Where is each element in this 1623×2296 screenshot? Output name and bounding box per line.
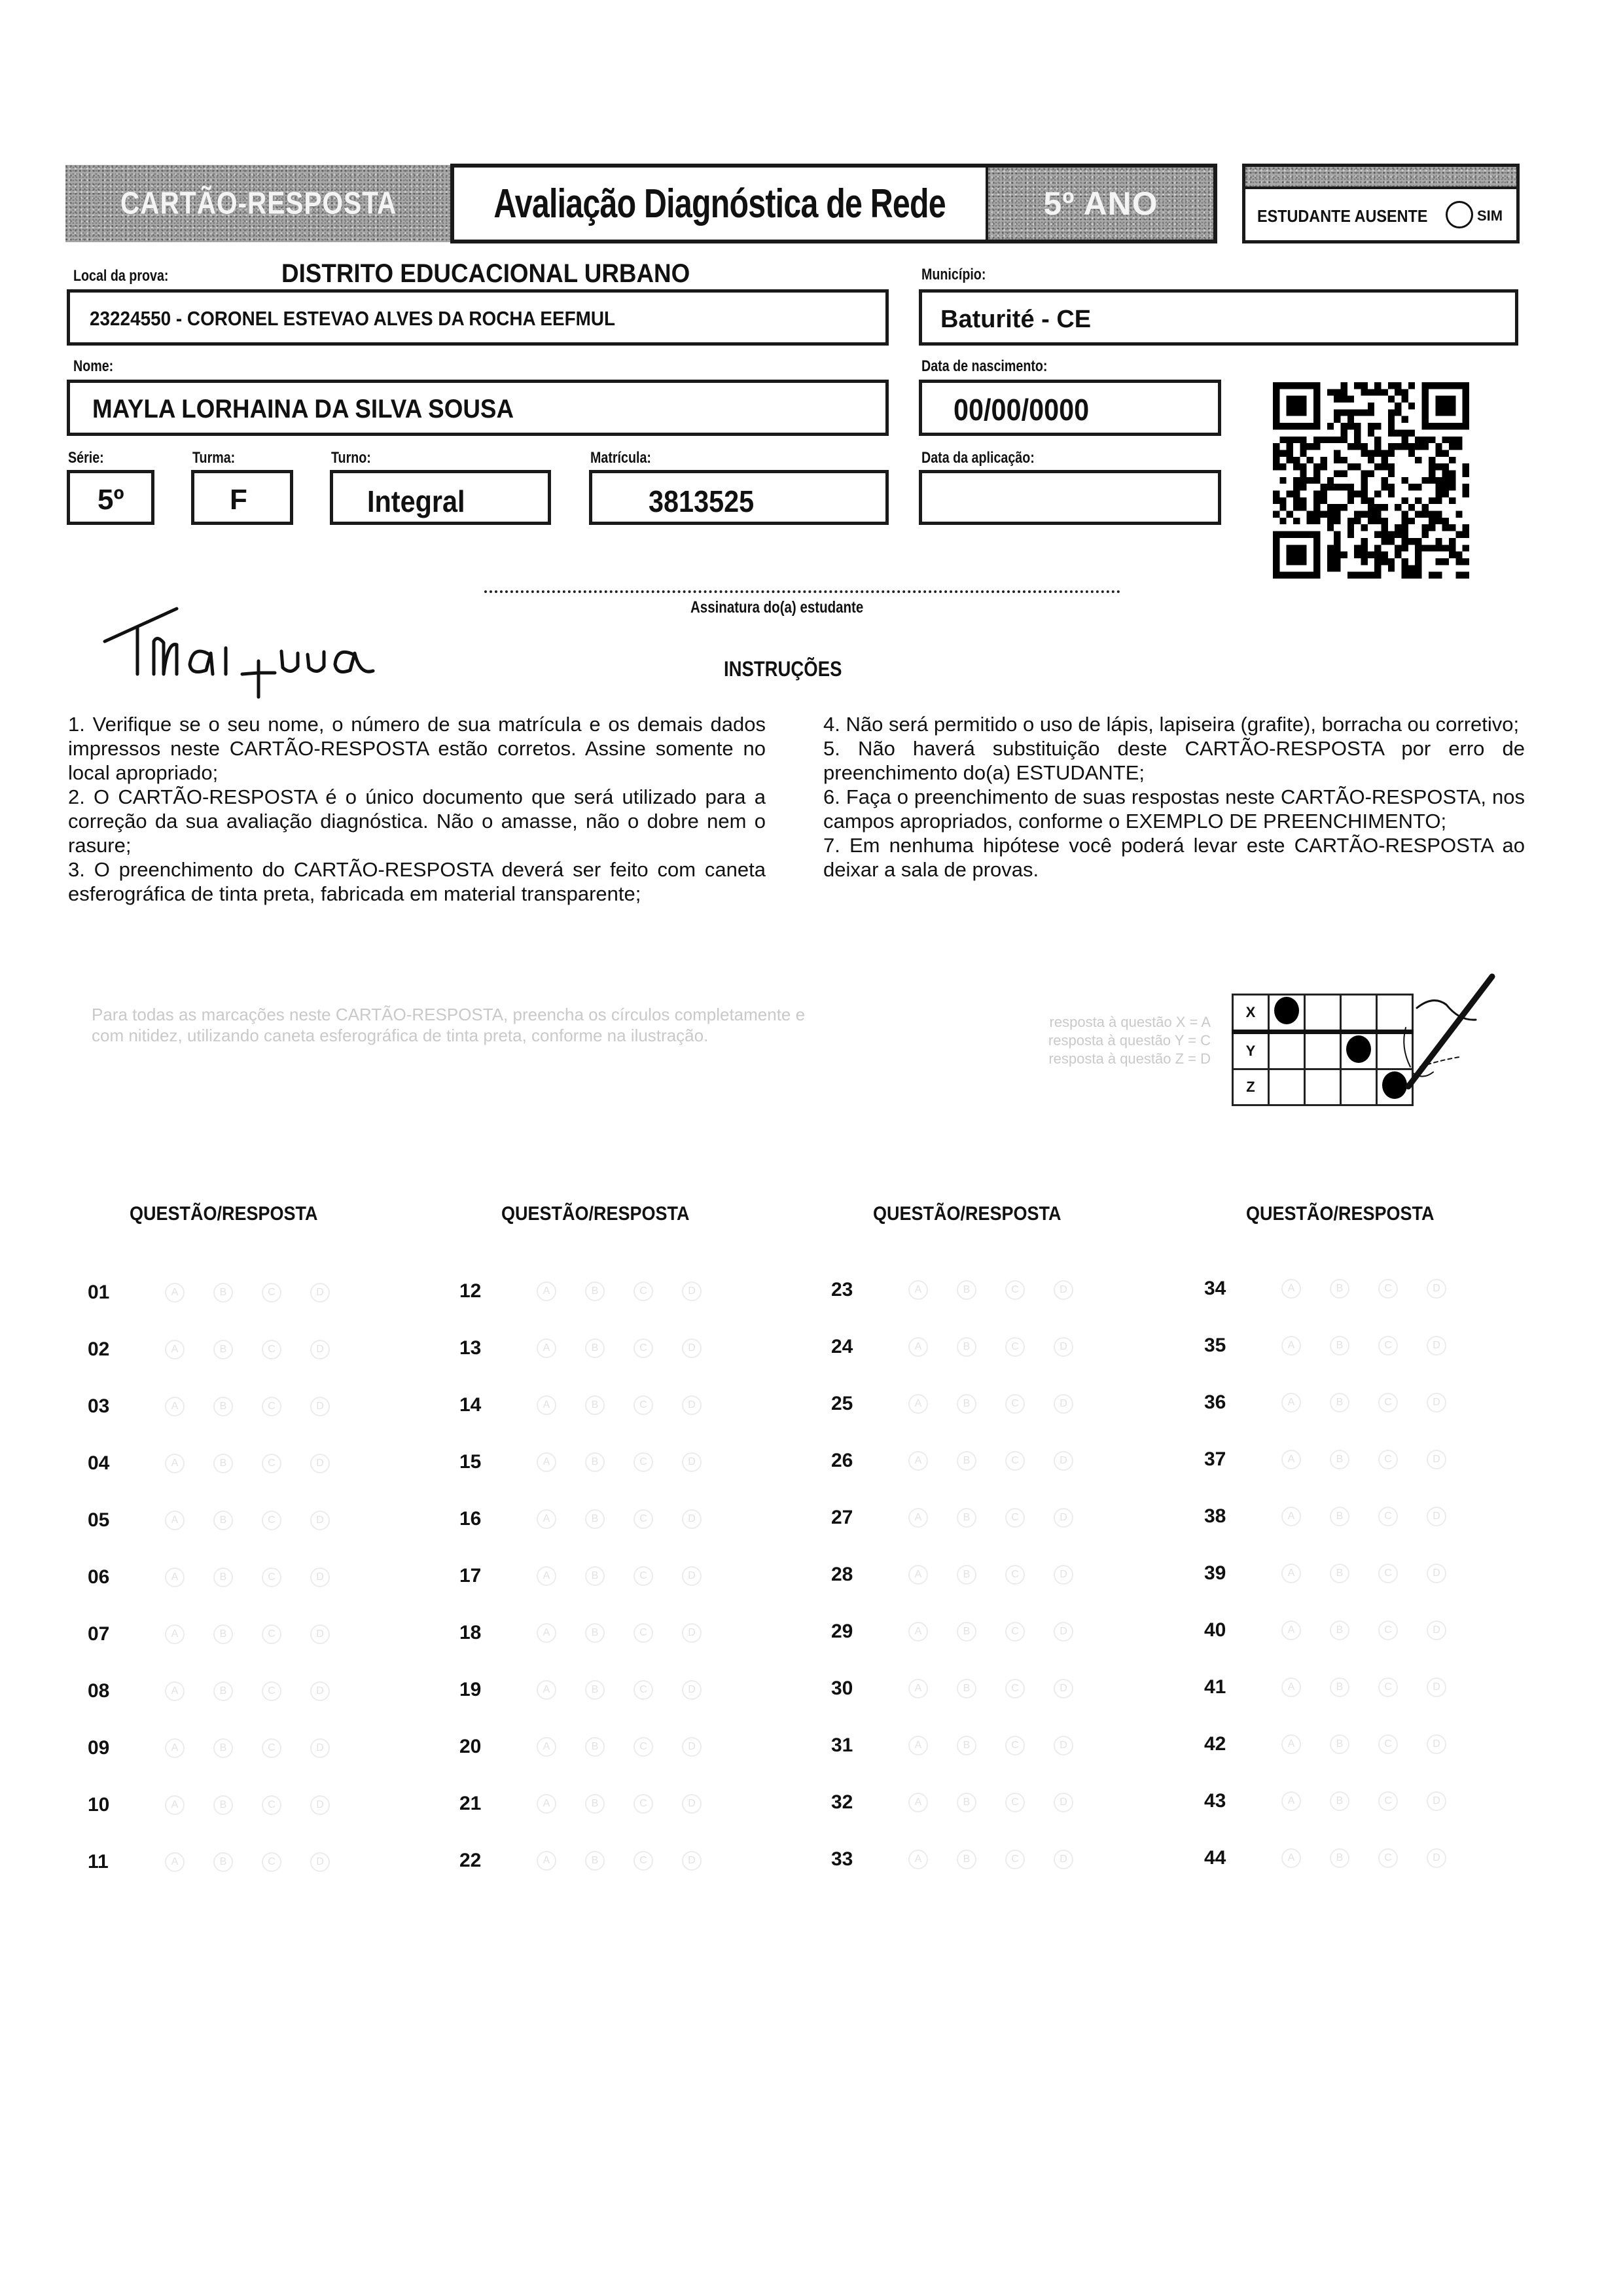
answer-bubble[interactable]: A (1281, 1393, 1301, 1412)
example-row-label: Z (1233, 1069, 1269, 1105)
answer-bubble[interactable]: C (262, 1795, 281, 1815)
answer-bubble[interactable]: B (1330, 1564, 1349, 1583)
example-cell (1305, 1032, 1341, 1069)
pen-hand-illustration (1394, 969, 1512, 1100)
answer-bubble[interactable]: A (537, 1282, 556, 1301)
answer-bubble[interactable]: C (1378, 1279, 1398, 1299)
answer-bubble[interactable]: A (165, 1454, 185, 1473)
question-number: 34 (1204, 1278, 1226, 1300)
answer-bubble[interactable]: C (1005, 1337, 1025, 1357)
question-number: 06 (88, 1566, 109, 1588)
answer-bubble[interactable]: C (633, 1851, 653, 1871)
answer-bubble[interactable]: A (165, 1738, 185, 1758)
answer-bubble[interactable]: C (1378, 1621, 1398, 1640)
answer-bubble[interactable]: D (310, 1283, 330, 1302)
answer-bubble[interactable]: B (585, 1338, 605, 1358)
answer-bubble[interactable]: A (908, 1793, 928, 1812)
answer-bubble[interactable]: A (908, 1337, 928, 1357)
question-number: 12 (459, 1280, 481, 1302)
answer-bubble[interactable]: B (585, 1794, 605, 1814)
answer-bubble[interactable]: D (682, 1395, 702, 1415)
example-note: Para todas as marcações neste CARTÃO-RES… (92, 1004, 838, 1046)
answer-bubble[interactable]: A (1281, 1279, 1301, 1299)
answer-bubble[interactable]: A (165, 1795, 185, 1815)
answer-bubble[interactable]: C (633, 1623, 653, 1643)
answer-bubble[interactable]: D (1054, 1337, 1073, 1357)
answer-bubble[interactable]: A (537, 1509, 556, 1529)
instruction-3: 3. O preenchimento do CARTÃO-RESPOSTA de… (68, 857, 766, 906)
answer-bubble[interactable]: C (633, 1680, 653, 1700)
answer-bubble[interactable]: C (1378, 1393, 1398, 1412)
instructions-right: 4. Não será permitido o uso de lápis, la… (823, 712, 1525, 882)
answer-bubble[interactable]: D (682, 1338, 702, 1358)
serie-label: Série: (68, 449, 104, 467)
question-number: 17 (459, 1565, 481, 1587)
qr-code (1271, 382, 1471, 579)
answer-bubble[interactable]: C (1378, 1450, 1398, 1469)
turno-field: Integral (330, 470, 551, 525)
answer-bubble[interactable]: C (1378, 1734, 1398, 1754)
question-number: 42 (1204, 1733, 1226, 1755)
answer-bubble[interactable]: A (1281, 1507, 1301, 1526)
answer-bubble[interactable]: D (682, 1566, 702, 1586)
filled-bubble-icon (1274, 997, 1299, 1024)
grade-banner: 5º ANO (988, 164, 1217, 243)
absent-checkbox-bubble[interactable] (1446, 201, 1473, 228)
school-value: 23224550 - CORONEL ESTEVAO ALVES DA ROCH… (90, 307, 615, 331)
instruction-6: 6. Faça o preenchimento de suas resposta… (823, 785, 1525, 833)
answer-bubble[interactable]: C (633, 1566, 653, 1586)
matricula-value: 3813525 (649, 484, 754, 519)
answer-bubble[interactable]: B (585, 1680, 605, 1700)
example-cell (1269, 995, 1305, 1032)
question-number: 41 (1204, 1676, 1226, 1698)
answer-bubble[interactable]: D (310, 1568, 330, 1587)
question-number: 23 (831, 1279, 853, 1301)
column-header: QUESTÃO/RESPOSTA (1246, 1203, 1435, 1225)
answer-bubble[interactable]: B (213, 1397, 233, 1416)
answer-bubble[interactable]: C (1005, 1736, 1025, 1755)
question-number: 28 (831, 1564, 853, 1586)
answer-bubble[interactable]: D (310, 1340, 330, 1359)
answer-bubble[interactable]: C (1378, 1507, 1398, 1526)
answer-bubble[interactable]: A (537, 1737, 556, 1757)
answer-bubble[interactable]: B (213, 1511, 233, 1530)
answer-bubble[interactable]: B (585, 1623, 605, 1643)
answer-bubble[interactable]: B (957, 1679, 976, 1698)
nascimento-value: 00/00/0000 (954, 392, 1089, 427)
exam-title-box: Avaliação Diagnóstica de Rede (450, 164, 990, 243)
answer-bubble[interactable]: D (1054, 1736, 1073, 1755)
question-number: 38 (1204, 1505, 1226, 1528)
column-header: QUESTÃO/RESPOSTA (501, 1203, 690, 1225)
example-grid: XYZ (1232, 994, 1414, 1106)
answer-bubble[interactable]: D (1427, 1791, 1446, 1811)
question-number: 20 (459, 1736, 481, 1758)
answer-bubble[interactable]: A (165, 1283, 185, 1302)
student-signature (85, 602, 452, 700)
question-number: 31 (831, 1734, 853, 1757)
example-legend-y: resposta à questão Y = C (988, 1031, 1211, 1050)
answer-bubble[interactable]: C (262, 1624, 281, 1644)
answer-bubble[interactable]: B (585, 1452, 605, 1472)
answer-bubble[interactable]: B (1330, 1848, 1349, 1868)
district-name: DISTRITO EDUCACIONAL URBANO (281, 259, 690, 289)
answer-bubble[interactable]: C (1005, 1850, 1025, 1869)
answer-bubble[interactable]: D (310, 1795, 330, 1815)
turno-value: Integral (367, 484, 465, 519)
answer-bubble[interactable]: D (1054, 1280, 1073, 1300)
answer-bubble[interactable]: C (1378, 1848, 1398, 1868)
question-number: 02 (88, 1338, 109, 1361)
question-number: 11 (88, 1851, 109, 1873)
question-number: 43 (1204, 1790, 1226, 1812)
aplicacao-field[interactable] (919, 470, 1221, 525)
answer-bubble[interactable]: B (585, 1509, 605, 1529)
example-legend-z: resposta à questão Z = D (988, 1050, 1211, 1068)
answer-bubble[interactable]: B (1330, 1450, 1349, 1469)
answer-bubble[interactable]: A (1281, 1564, 1301, 1583)
answer-bubble[interactable]: A (537, 1566, 556, 1586)
question-number: 22 (459, 1850, 481, 1872)
answer-bubble[interactable]: C (633, 1395, 653, 1415)
answer-bubble[interactable]: B (585, 1737, 605, 1757)
answer-bubble[interactable]: B (1330, 1734, 1349, 1754)
question-number: 24 (831, 1336, 853, 1358)
question-number: 44 (1204, 1847, 1226, 1869)
answer-bubble[interactable]: A (1281, 1791, 1301, 1811)
serie-value: 5º (98, 484, 124, 516)
answer-bubble[interactable]: D (682, 1509, 702, 1529)
answer-bubble[interactable]: A (537, 1338, 556, 1358)
answer-bubble[interactable]: C (262, 1852, 281, 1872)
municipio-label: Município: (921, 266, 986, 284)
answer-bubble[interactable]: C (633, 1737, 653, 1757)
instruction-5: 5. Não haverá substituição deste CARTÃO-… (823, 736, 1525, 785)
absent-box: ESTUDANTE AUSENTE SIM (1242, 164, 1520, 243)
question-number: 26 (831, 1450, 853, 1472)
exam-title: Avaliação Diagnóstica de Rede (494, 181, 946, 227)
answer-bubble[interactable]: C (1378, 1336, 1398, 1355)
answer-bubble[interactable]: A (908, 1622, 928, 1641)
answer-bubble[interactable]: A (1281, 1848, 1301, 1868)
question-number: 16 (459, 1508, 481, 1530)
question-number: 25 (831, 1393, 853, 1415)
answer-bubble[interactable]: B (213, 1340, 233, 1359)
instruction-4: 4. Não será permitido o uso de lápis, la… (823, 712, 1525, 736)
answer-bubble[interactable]: D (310, 1852, 330, 1872)
answer-bubble[interactable]: B (957, 1508, 976, 1528)
turma-field: F (191, 470, 293, 525)
answer-bubble[interactable]: B (1330, 1393, 1349, 1412)
question-number: 35 (1204, 1335, 1226, 1357)
answer-bubble[interactable]: C (633, 1282, 653, 1301)
answer-bubble[interactable]: B (957, 1622, 976, 1641)
answer-bubble[interactable]: C (1005, 1394, 1025, 1414)
answer-bubble[interactable]: D (682, 1851, 702, 1871)
example-row-label: Y (1233, 1032, 1269, 1069)
answer-bubble[interactable]: A (908, 1736, 928, 1755)
answer-bubble[interactable]: D (1427, 1848, 1446, 1868)
nome-value: MAYLA LORHAINA DA SILVA SOUSA (92, 395, 514, 424)
answer-bubble[interactable]: A (165, 1568, 185, 1587)
question-number: 18 (459, 1622, 481, 1644)
answer-bubble[interactable]: D (1054, 1793, 1073, 1812)
question-number: 15 (459, 1451, 481, 1473)
answer-bubble[interactable]: D (1427, 1279, 1446, 1299)
municipio-field: Baturité - CE (919, 289, 1518, 346)
question-number: 27 (831, 1507, 853, 1529)
question-number: 07 (88, 1623, 109, 1645)
answer-bubble[interactable]: B (957, 1850, 976, 1869)
answer-bubble[interactable]: B (957, 1394, 976, 1414)
answer-bubble[interactable]: A (1281, 1450, 1301, 1469)
example-cell (1341, 1069, 1377, 1105)
answer-bubble[interactable]: C (262, 1568, 281, 1587)
turno-label: Turno: (331, 449, 371, 467)
matricula-field: 3813525 (589, 470, 889, 525)
answer-bubble[interactable]: B (957, 1793, 976, 1812)
answer-bubble[interactable]: C (262, 1283, 281, 1302)
instructions-left: 1. Verifique se o seu nome, o número de … (68, 712, 766, 906)
filled-bubble-icon (1346, 1035, 1371, 1063)
question-number: 37 (1204, 1448, 1226, 1471)
answer-bubble[interactable]: B (1330, 1336, 1349, 1355)
answer-bubble[interactable]: C (1005, 1622, 1025, 1641)
answer-bubble[interactable]: C (1005, 1451, 1025, 1471)
question-number: 01 (88, 1282, 109, 1304)
question-number: 32 (831, 1791, 853, 1814)
question-number: 30 (831, 1677, 853, 1700)
answer-bubble[interactable]: D (310, 1681, 330, 1701)
answer-bubble[interactable]: C (633, 1338, 653, 1358)
answer-bubble[interactable]: D (1054, 1508, 1073, 1528)
card-label-banner: CARTÃO-RESPOSTA (65, 165, 452, 242)
answer-bubble[interactable]: B (213, 1681, 233, 1701)
question-number: 08 (88, 1680, 109, 1702)
answer-bubble[interactable]: D (1054, 1565, 1073, 1585)
answer-bubble[interactable]: A (1281, 1621, 1301, 1640)
question-number: 05 (88, 1509, 109, 1532)
question-number: 03 (88, 1395, 109, 1418)
answer-bubble[interactable]: B (1330, 1279, 1349, 1299)
answer-bubble[interactable]: D (1427, 1450, 1446, 1469)
example-legend-x: resposta à questão X = A (988, 1013, 1211, 1031)
turma-value: F (230, 484, 247, 516)
answer-bubble[interactable]: C (262, 1738, 281, 1758)
answer-bubble[interactable]: C (633, 1509, 653, 1529)
example-cell (1305, 1069, 1341, 1105)
instruction-1: 1. Verifique se o seu nome, o número de … (68, 712, 766, 785)
answer-bubble[interactable]: C (262, 1511, 281, 1530)
nome-label: Nome: (73, 357, 113, 376)
answer-bubble[interactable]: D (310, 1738, 330, 1758)
answer-bubble[interactable]: B (213, 1283, 233, 1302)
qr-code-graphic (1271, 382, 1471, 579)
question-number: 10 (88, 1794, 109, 1816)
answer-bubble[interactable]: A (165, 1624, 185, 1644)
answer-bubble[interactable]: A (1281, 1336, 1301, 1355)
municipio-value: Baturité - CE (940, 306, 1091, 334)
column-header: QUESTÃO/RESPOSTA (130, 1203, 318, 1225)
answer-bubble[interactable]: C (1378, 1791, 1398, 1811)
absent-box-header (1245, 167, 1516, 189)
answer-bubble[interactable]: D (682, 1794, 702, 1814)
answer-bubble[interactable]: A (908, 1451, 928, 1471)
answer-bubble[interactable]: B (957, 1565, 976, 1585)
instruction-7: 7. Em nenhuma hipótese você poderá levar… (823, 833, 1525, 882)
answer-bubble[interactable]: A (537, 1452, 556, 1472)
answer-bubble[interactable]: A (1281, 1734, 1301, 1754)
answer-bubble[interactable]: B (1330, 1677, 1349, 1697)
answer-bubble[interactable]: A (908, 1850, 928, 1869)
answer-bubble[interactable]: A (908, 1679, 928, 1698)
question-number: 13 (459, 1337, 481, 1359)
answer-bubble[interactable]: B (957, 1736, 976, 1755)
example-cell (1305, 995, 1341, 1032)
answer-bubble[interactable]: A (165, 1397, 185, 1416)
answer-bubble[interactable]: D (310, 1397, 330, 1416)
answer-bubble[interactable]: D (1427, 1336, 1446, 1355)
turma-label: Turma: (192, 449, 235, 467)
local-label: Local da prova: (73, 267, 168, 285)
question-number: 36 (1204, 1391, 1226, 1414)
answer-bubble[interactable]: D (682, 1623, 702, 1643)
answer-bubble[interactable]: A (165, 1511, 185, 1530)
instructions-title: INSTRUÇÕES (724, 657, 842, 681)
serie-field: 5º (67, 470, 154, 525)
answer-bubble[interactable]: C (633, 1794, 653, 1814)
question-number: 21 (459, 1793, 481, 1815)
answer-bubble[interactable]: A (537, 1680, 556, 1700)
answer-bubble[interactable]: D (1427, 1507, 1446, 1526)
signature-label: Assinatura do(a) estudante (690, 598, 863, 617)
answer-bubble[interactable]: C (1005, 1280, 1025, 1300)
answer-bubble[interactable]: C (262, 1340, 281, 1359)
column-header: QUESTÃO/RESPOSTA (873, 1203, 1061, 1225)
answer-bubble[interactable]: D (1427, 1621, 1446, 1640)
example-cell (1341, 995, 1377, 1032)
answer-bubble[interactable]: A (908, 1280, 928, 1300)
answer-bubble[interactable]: A (537, 1851, 556, 1871)
answer-bubble[interactable]: D (1427, 1564, 1446, 1583)
answer-bubble[interactable]: D (310, 1624, 330, 1644)
answer-bubble[interactable]: A (908, 1508, 928, 1528)
grade-label: 5º ANO (988, 185, 1213, 223)
answer-bubble[interactable]: A (537, 1395, 556, 1415)
question-number: 33 (831, 1848, 853, 1871)
answer-bubble[interactable]: C (1378, 1564, 1398, 1583)
answer-bubble[interactable]: D (1054, 1622, 1073, 1641)
matricula-label: Matrícula: (590, 449, 651, 467)
question-number: 09 (88, 1737, 109, 1759)
answer-bubble[interactable]: C (1005, 1679, 1025, 1698)
answer-bubble[interactable]: C (262, 1397, 281, 1416)
answer-bubble[interactable]: D (1427, 1677, 1446, 1697)
signature-line (484, 590, 1120, 593)
nascimento-field: 00/00/0000 (919, 380, 1221, 436)
answer-bubble[interactable]: D (310, 1454, 330, 1473)
answer-bubble[interactable]: D (1427, 1734, 1446, 1754)
question-number: 39 (1204, 1562, 1226, 1585)
answer-bubble[interactable]: B (957, 1280, 976, 1300)
question-number: 40 (1204, 1619, 1226, 1641)
answer-bubble[interactable]: B (585, 1851, 605, 1871)
answer-bubble[interactable]: C (1005, 1565, 1025, 1585)
answer-bubble[interactable]: C (633, 1452, 653, 1472)
answer-bubble[interactable]: B (213, 1568, 233, 1587)
answer-bubble[interactable]: B (213, 1738, 233, 1758)
answer-bubble[interactable]: C (1378, 1677, 1398, 1697)
nome-field: MAYLA LORHAINA DA SILVA SOUSA (67, 380, 889, 436)
answer-bubble[interactable]: D (1054, 1850, 1073, 1869)
answer-bubble[interactable]: B (957, 1337, 976, 1357)
question-number: 14 (459, 1394, 481, 1416)
answer-bubble[interactable]: B (585, 1395, 605, 1415)
answer-bubble[interactable]: A (165, 1340, 185, 1359)
answer-bubble[interactable]: A (537, 1623, 556, 1643)
example-row-label: X (1233, 995, 1269, 1032)
answer-bubble[interactable]: B (213, 1624, 233, 1644)
nascimento-label: Data de nascimento: (921, 357, 1047, 376)
answer-bubble[interactable]: B (585, 1282, 605, 1301)
answer-bubble[interactable]: B (1330, 1621, 1349, 1640)
answer-bubble[interactable]: D (1427, 1393, 1446, 1412)
answer-bubble[interactable]: B (957, 1451, 976, 1471)
answer-bubble[interactable]: C (1005, 1793, 1025, 1812)
example-cell (1269, 1032, 1305, 1069)
absent-label: ESTUDANTE AUSENTE (1257, 206, 1427, 226)
card-label: CARTÃO-RESPOSTA (94, 186, 423, 222)
answer-bubble[interactable]: C (262, 1681, 281, 1701)
question-number: 04 (88, 1452, 109, 1475)
answer-bubble[interactable]: B (585, 1566, 605, 1586)
answer-bubble[interactable]: B (213, 1852, 233, 1872)
answer-bubble[interactable]: B (1330, 1507, 1349, 1526)
answer-bubble[interactable]: A (537, 1794, 556, 1814)
answer-bubble[interactable]: D (1054, 1394, 1073, 1414)
answer-bubble[interactable]: A (908, 1565, 928, 1585)
answer-bubble[interactable]: B (213, 1795, 233, 1815)
aplicacao-label: Data da aplicação: (921, 449, 1035, 467)
example-legend: resposta à questão X = A resposta à ques… (988, 1013, 1211, 1068)
answer-bubble[interactable]: A (908, 1394, 928, 1414)
example-cell (1341, 1032, 1377, 1069)
answer-bubble[interactable]: D (682, 1452, 702, 1472)
school-field: 23224550 - CORONEL ESTEVAO ALVES DA ROCH… (67, 289, 889, 346)
answer-bubble[interactable]: D (1054, 1451, 1073, 1471)
answer-bubble[interactable]: D (310, 1511, 330, 1530)
question-number: 29 (831, 1621, 853, 1643)
answer-bubble[interactable]: D (682, 1680, 702, 1700)
answer-bubble[interactable]: A (165, 1681, 185, 1701)
question-number: 19 (459, 1679, 481, 1701)
answer-bubble[interactable]: D (682, 1737, 702, 1757)
instruction-2: 2. O CARTÃO-RESPOSTA é o único documento… (68, 785, 766, 857)
answer-bubble[interactable]: C (1005, 1508, 1025, 1528)
answer-bubble[interactable]: A (1281, 1677, 1301, 1697)
absent-option-label: SIM (1477, 207, 1503, 224)
answer-bubble[interactable]: C (262, 1454, 281, 1473)
answer-bubble[interactable]: D (1054, 1679, 1073, 1698)
answer-bubble[interactable]: B (1330, 1791, 1349, 1811)
answer-bubble[interactable]: D (682, 1282, 702, 1301)
answer-bubble[interactable]: A (165, 1852, 185, 1872)
example-cell (1269, 1069, 1305, 1105)
answer-bubble[interactable]: B (213, 1454, 233, 1473)
